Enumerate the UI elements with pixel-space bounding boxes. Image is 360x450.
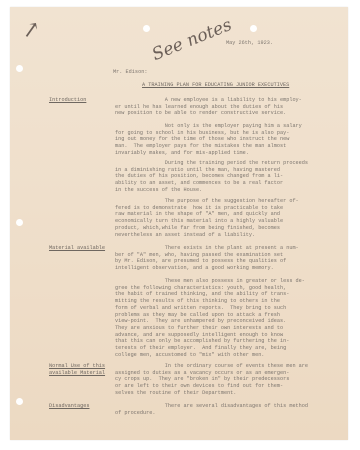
document-title: A TRAINING PLAN FOR EDUCATING JUNIOR EXE…: [142, 82, 289, 89]
section-heading-introduction: Introduction: [49, 97, 86, 104]
text-line: or are left to their own devices to find…: [115, 383, 310, 390]
paragraph: There are several disadvantages of this …: [115, 403, 310, 416]
text-line: gree the following characteristics: yout…: [115, 285, 310, 292]
text-line: There exists in the plant at present a n…: [115, 245, 310, 252]
text-line: college men, accustomed to "mix" with ot…: [115, 352, 310, 359]
paragraph: There exists in the plant at present a n…: [115, 245, 310, 272]
text-line: ing out money for the time of those who …: [115, 136, 310, 143]
text-line: These men also possess in greater or les…: [115, 278, 310, 285]
letter-date: May 26th, 1923.: [226, 40, 273, 47]
text-line: raw material in the shape of "A" men, an…: [115, 211, 310, 218]
section-heading-normal-use: Normal Use of this available Material: [49, 363, 105, 376]
text-line: nevertheless an asset instead of a liabi…: [115, 232, 310, 239]
text-line: the habit of trained thinking, and the a…: [115, 291, 310, 298]
text-line: cy crops up. They are "broken in" by the…: [115, 376, 310, 383]
paragraph: The purpose of the suggestion hereafter …: [115, 198, 310, 238]
punch-hole: [143, 25, 150, 32]
text-line: selves the routine of their Department.: [115, 390, 310, 397]
punch-hole: [16, 65, 23, 72]
salutation: Mr. Edison:: [113, 69, 147, 76]
text-line: in the success of the House.: [115, 187, 310, 194]
punch-hole: [16, 219, 23, 226]
text-line: The purpose of the suggestion hereafter …: [115, 198, 310, 205]
text-line: intelligent observation, and a good work…: [115, 265, 310, 272]
text-line: ber of "A" men, who, having passed the e…: [115, 252, 310, 259]
text-line: fered is to demonstrate how it is practi…: [115, 205, 310, 212]
text-line: in a diminishing ratio until the man, ha…: [115, 167, 310, 174]
text-line: product, which,while far from being fini…: [115, 225, 310, 232]
paragraph: During the training period the return pr…: [115, 160, 310, 194]
paragraph: In the ordinary course of events these m…: [115, 363, 310, 397]
section-heading-material-available: Material available: [49, 245, 105, 252]
text-line: mitting the results of this thinking to …: [115, 298, 310, 305]
text-line: by Mr. Edison, are presumed to possess t…: [115, 258, 310, 265]
text-line: the duties of his position, becomes chan…: [115, 173, 310, 180]
text-line: man. The employer pays for the mistakes …: [115, 143, 310, 150]
paragraph: A new employee is a liability to his emp…: [115, 97, 310, 117]
text-line: er until he has learned enough about the…: [115, 104, 310, 111]
paragraph: Not only is the employer paying him a sa…: [115, 123, 310, 157]
text-line: A new employee is a liability to his emp…: [115, 97, 310, 104]
text-line: invariably makes, and for mis-applied ti…: [115, 150, 310, 157]
text-line: During the training period the return pr…: [115, 160, 310, 167]
text-line: Not only is the employer paying him a sa…: [115, 123, 310, 130]
text-line: assigned to duties as a vacancy occurs o…: [115, 370, 310, 377]
text-line: view-point. They are unhampered by preco…: [115, 318, 310, 325]
text-line: advance, and are supposedly intelligent …: [115, 332, 310, 339]
text-line: ability to an asset, and commences to be…: [115, 180, 310, 187]
text-line: problems as they may be called upon to a…: [115, 312, 310, 319]
text-line: new position to be able to render constr…: [115, 110, 310, 117]
text-line: for going to school in his business, but…: [115, 130, 310, 137]
text-line: of procedure.: [115, 410, 310, 417]
punch-hole: [250, 25, 257, 32]
text-line: In the ordinary course of events these m…: [115, 363, 310, 370]
text-line: that this can only be accomplished by fu…: [115, 338, 310, 345]
paragraph: These men also possess in greater or les…: [115, 278, 310, 358]
text-line: There are several disadvantages of this …: [115, 403, 310, 410]
text-line: They are anxious to further their own in…: [115, 325, 310, 332]
punch-hole: [16, 398, 23, 405]
section-heading-disadvantages: Disadvantages: [49, 403, 89, 410]
text-line: form of verbal and written reports. They…: [115, 305, 310, 312]
text-line: economically turn this material into a h…: [115, 218, 310, 225]
text-line: terests of their employer. And finally t…: [115, 345, 310, 352]
